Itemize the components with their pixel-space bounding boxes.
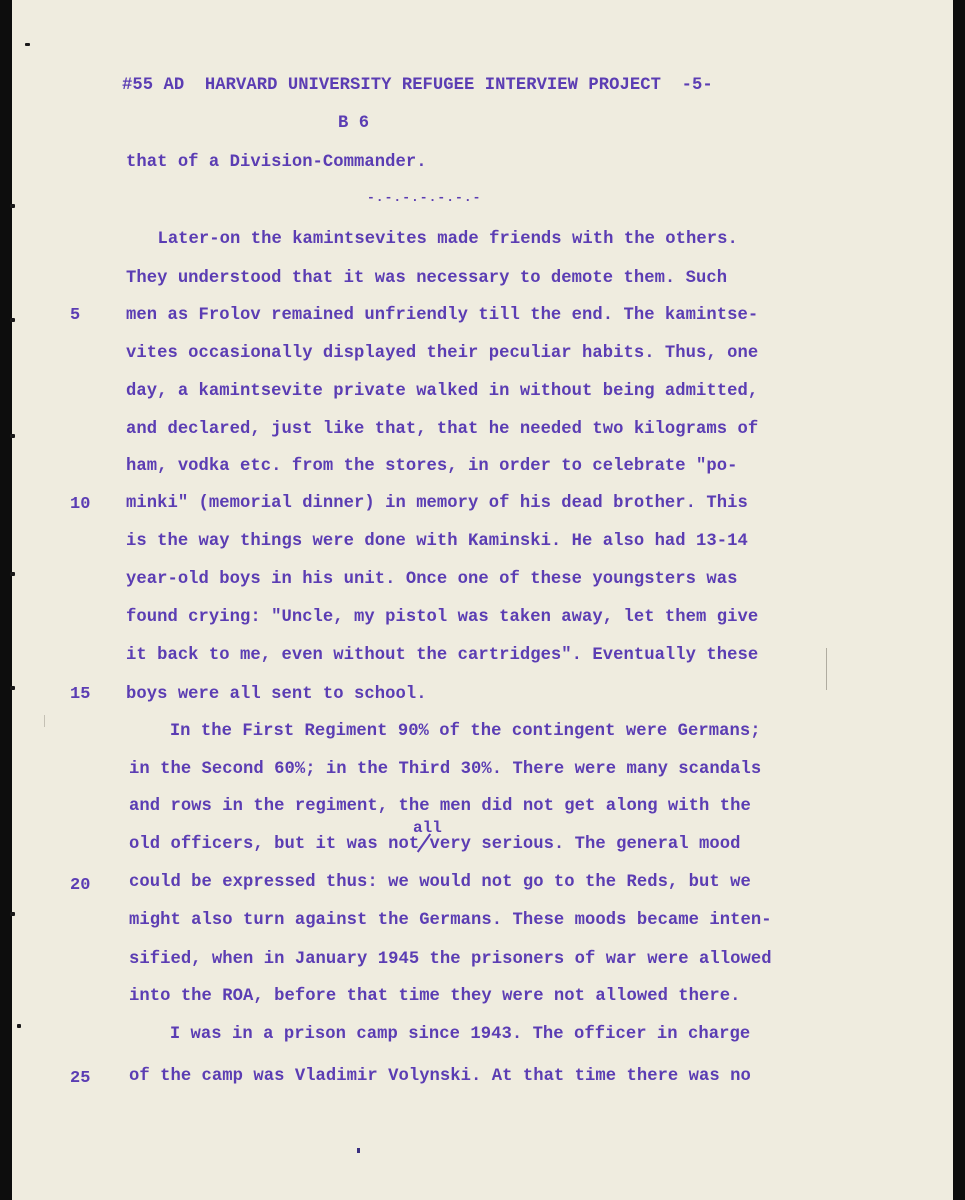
text-line-13: it back to me, even without the cartridg… xyxy=(126,646,758,666)
line-number-25: 25 xyxy=(70,1069,90,1089)
margin-mark xyxy=(17,1024,21,1028)
text-line-8: ham, vodka etc. from the stores, in orde… xyxy=(126,457,738,477)
line-number-10: 10 xyxy=(70,495,90,515)
text-line-9: minki" (memorial dinner) in memory of hi… xyxy=(126,494,748,514)
margin-mark xyxy=(25,43,30,46)
text-line-17: and rows in the regiment, the men did no… xyxy=(129,797,751,817)
text-line-2: Later-on the kamintsevites made friends … xyxy=(116,230,738,250)
margin-mark xyxy=(10,204,15,208)
text-line-16: in the Second 60%; in the Third 30%. The… xyxy=(129,760,761,780)
text-line-18: old officers, but it was not very seriou… xyxy=(129,835,741,855)
margin-mark xyxy=(10,912,15,916)
section-label: B 6 xyxy=(338,114,369,134)
text-line-15: In the First Regiment 90% of the conting… xyxy=(118,722,761,742)
text-line-6: day, a kamintsevite private walked in wi… xyxy=(126,382,758,402)
line-number-15: 15 xyxy=(70,685,90,705)
ink-speck xyxy=(357,1148,360,1153)
separator: -.-.-.-.-.-.- xyxy=(367,188,481,208)
margin-mark xyxy=(10,572,15,576)
text-line-7: and declared, just like that, that he ne… xyxy=(126,420,758,440)
margin-mark xyxy=(10,318,15,322)
typewritten-page: #55 AD HARVARD UNIVERSITY REFUGEE INTERV… xyxy=(12,0,953,1200)
handwritten-insertion: all xyxy=(413,820,442,836)
text-line-22: into the ROA, before that time they were… xyxy=(129,987,741,1007)
text-line-11: year-old boys in his unit. Once one of t… xyxy=(126,570,738,590)
paper-speck xyxy=(44,715,45,727)
margin-mark xyxy=(10,434,15,438)
text-line-12: found crying: "Uncle, my pistol was take… xyxy=(126,608,758,628)
text-line-5: vites occasionally displayed their pecul… xyxy=(126,344,758,364)
text-line-23: I was in a prison camp since 1943. The o… xyxy=(118,1025,750,1045)
text-line-24: of the camp was Vladimir Volynski. At th… xyxy=(129,1067,751,1087)
text-line-19: could be expressed thus: we would not go… xyxy=(129,873,751,893)
line-number-5: 5 xyxy=(70,306,80,326)
text-line-3: They understood that it was necessary to… xyxy=(126,269,727,289)
text-line-4: men as Frolov remained unfriendly till t… xyxy=(126,306,758,326)
text-line-1: that of a Division-Commander. xyxy=(126,153,427,173)
text-line-21: sified, when in January 1945 the prisone… xyxy=(129,950,772,970)
text-line-14: boys were all sent to school. xyxy=(126,685,427,705)
line-number-20: 20 xyxy=(70,876,90,896)
paper-crease xyxy=(826,648,827,690)
text-line-10: is the way things were done with Kaminsk… xyxy=(126,532,748,552)
margin-mark xyxy=(10,686,15,690)
text-line-20: might also turn against the Germans. The… xyxy=(129,911,772,931)
page-header: #55 AD HARVARD UNIVERSITY REFUGEE INTERV… xyxy=(122,76,713,96)
